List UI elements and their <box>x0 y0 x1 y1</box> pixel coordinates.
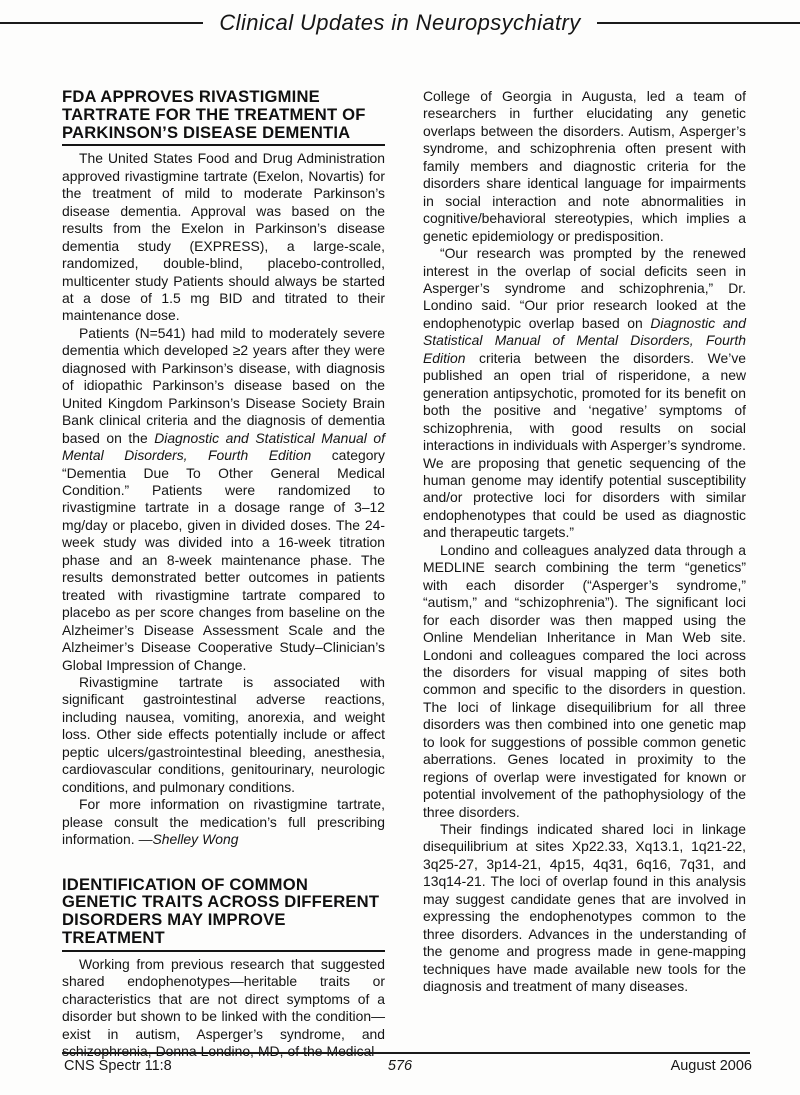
header-rule-right <box>597 22 800 24</box>
article-paragraph: For more information on rivastigmine tar… <box>62 796 385 848</box>
article-heading: IDENTIFICATION OF COMMON GENETIC TRAITS … <box>62 876 385 952</box>
article-paragraph: Rivastigmine tartrate is associated with… <box>62 674 385 796</box>
article-paragraph: Their findings indicated shared loci in … <box>423 821 746 996</box>
article-heading: FDA APPROVES RIVASTIGMINE TARTRATE FOR T… <box>62 88 385 146</box>
page-footer: CNS Spectr 11:8 576 August 2006 <box>0 1052 800 1076</box>
journal-page: Clinical Updates in Neuropsychiatry FDA … <box>0 0 800 1095</box>
issue-date: August 2006 <box>671 1058 752 1074</box>
right-column: College of Georgia in Augusta, led a tea… <box>423 88 746 1060</box>
article-paragraph: “Our research was prompted by the renewe… <box>423 245 746 542</box>
running-head: Clinical Updates in Neuropsychiatry <box>0 10 800 36</box>
left-column: FDA APPROVES RIVASTIGMINE TARTRATE FOR T… <box>62 88 385 1060</box>
page-title: Clinical Updates in Neuropsychiatry <box>219 10 580 36</box>
article-paragraph: Patients (N=541) had mild to moderately … <box>62 325 385 674</box>
header-rule-left <box>0 22 203 24</box>
article-genetic-traits: IDENTIFICATION OF COMMON GENETIC TRAITS … <box>62 876 385 1061</box>
article-paragraph-continued: College of Georgia in Augusta, led a tea… <box>423 88 746 245</box>
footer-rule <box>62 1052 750 1054</box>
article-paragraph: Working from previous research that sugg… <box>62 956 385 1061</box>
article-fda-rivastigmine: FDA APPROVES RIVASTIGMINE TARTRATE FOR T… <box>62 88 385 849</box>
article-paragraph: The United States Food and Drug Administ… <box>62 150 385 325</box>
two-column-body: FDA APPROVES RIVASTIGMINE TARTRATE FOR T… <box>62 88 746 1060</box>
article-paragraph: Londino and colleagues analyzed data thr… <box>423 542 746 821</box>
